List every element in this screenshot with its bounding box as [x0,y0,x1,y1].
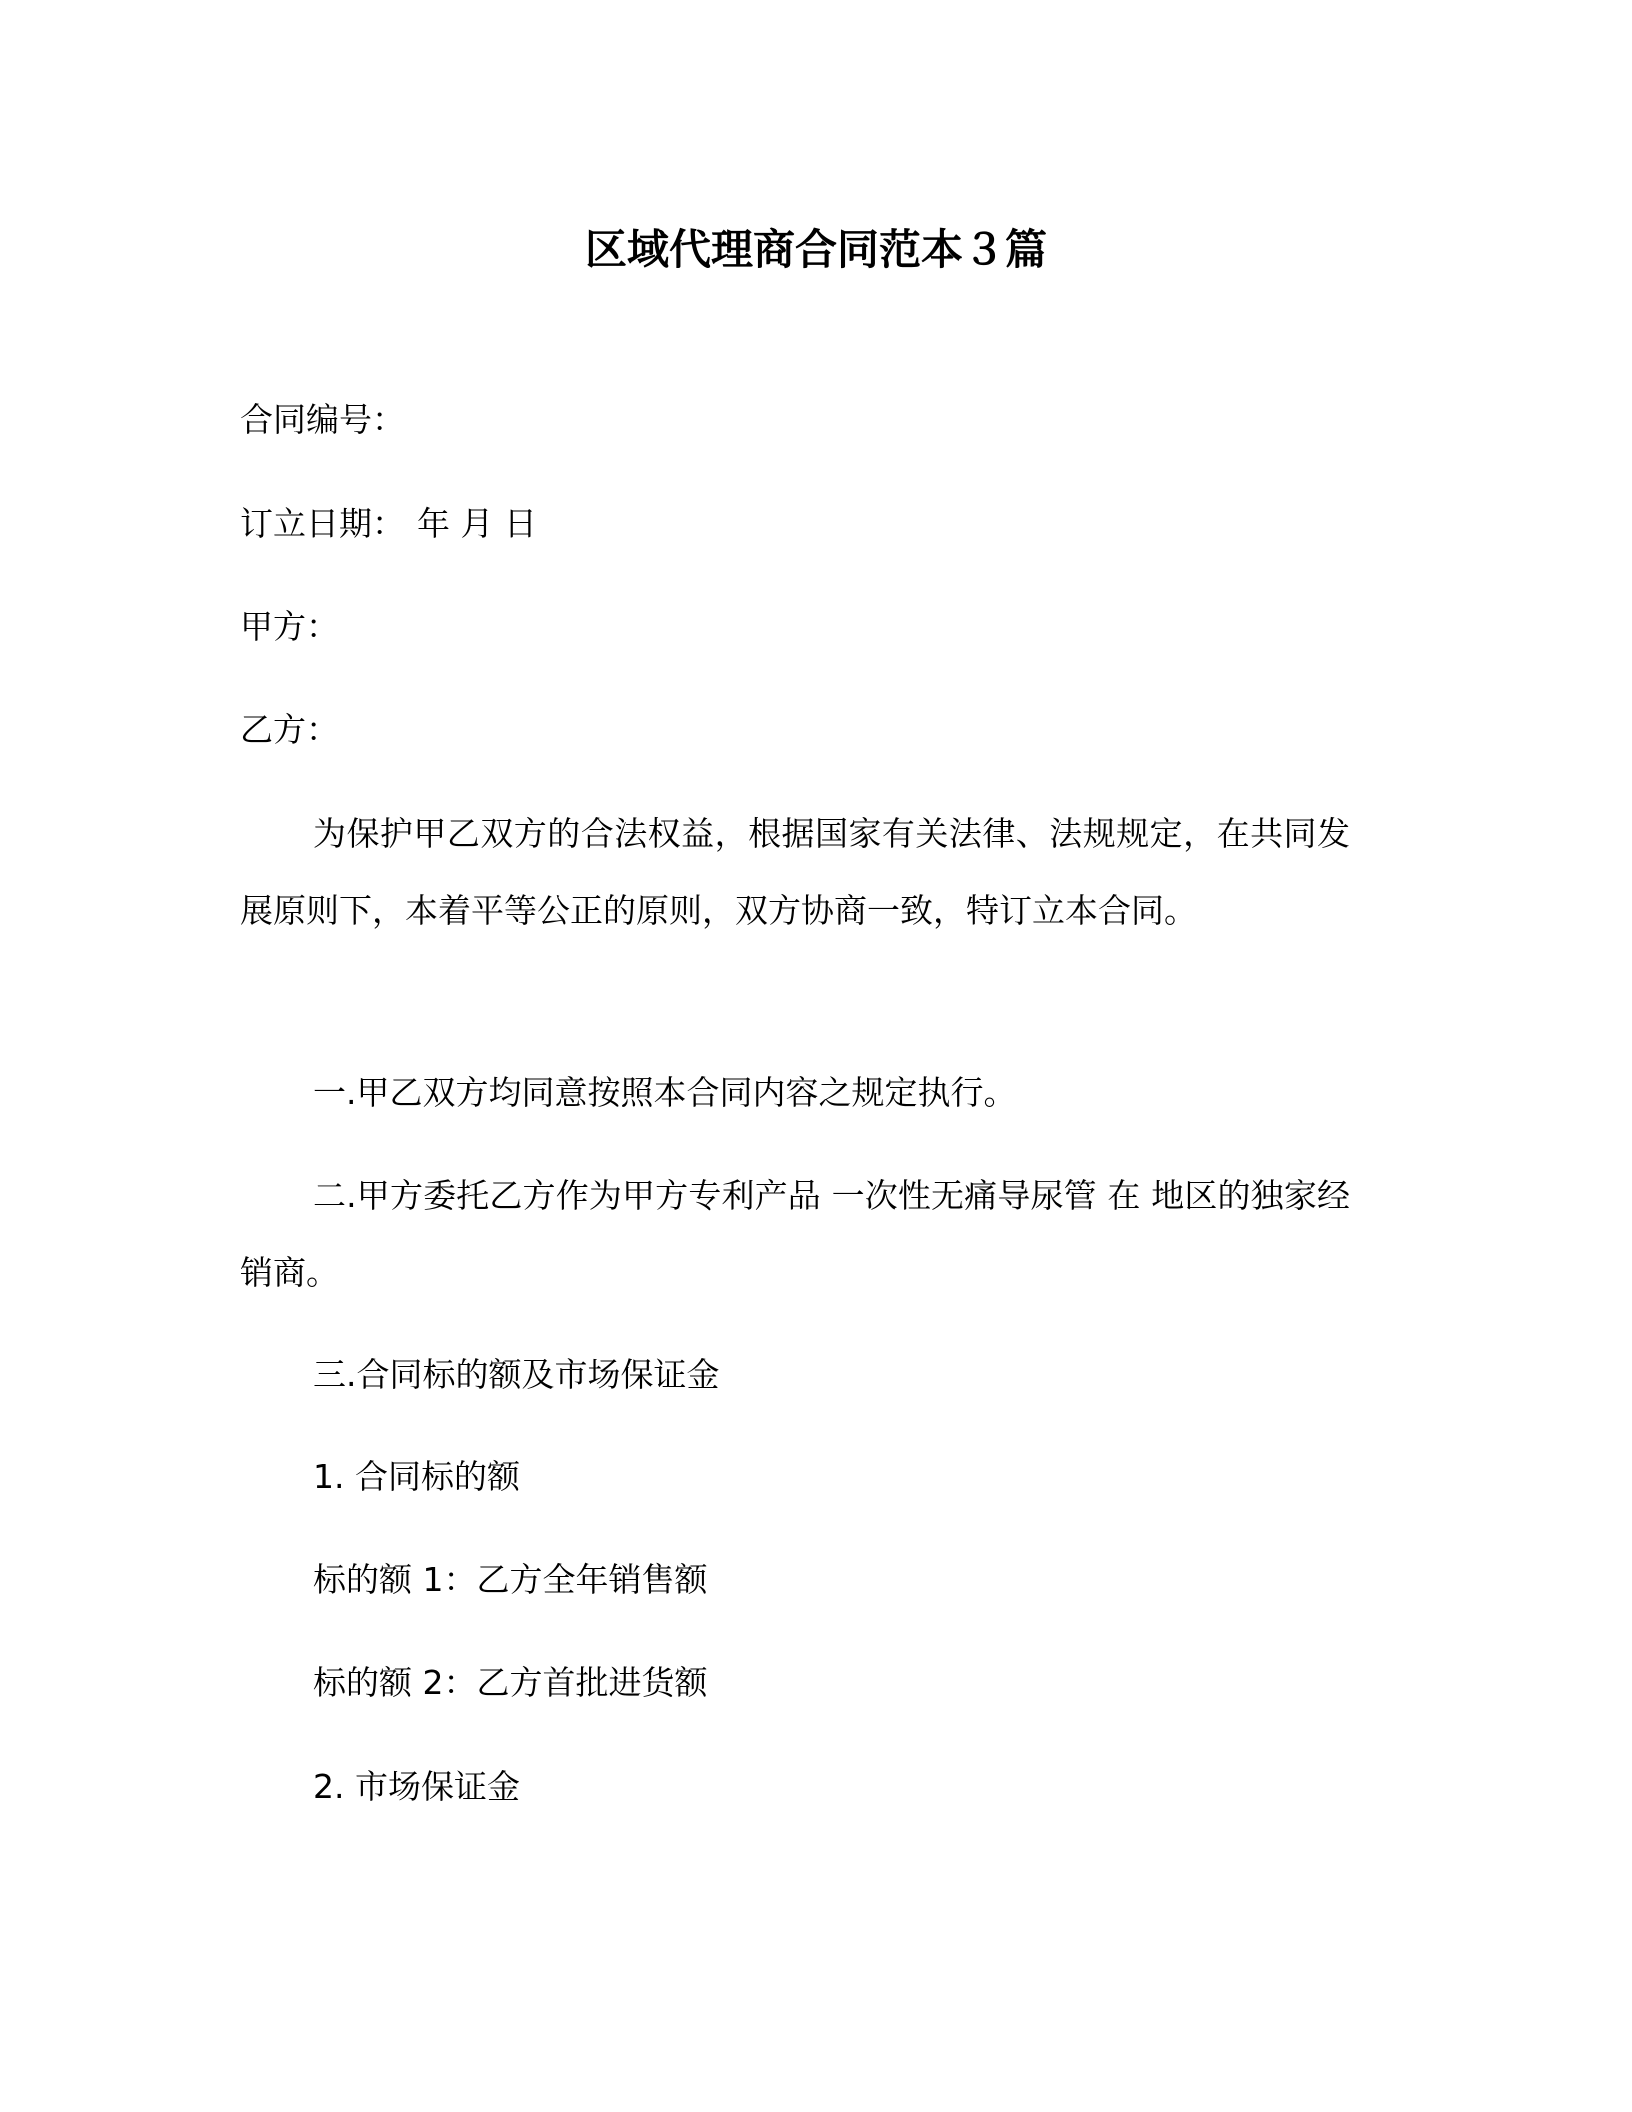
subitem-amount-2: 标的额 2：乙方首批进货额 [313,1661,708,1705]
document-page: 区域代理商合同范本３篇 合同编号： 订立日期：年 月 日 甲方： 乙方： 为保护… [0,0,1632,2112]
clause-2: 二.甲方委托乙方作为甲方专利产品 一次性无痛导尿管 在 地区的独家经销商。 [240,1157,1350,1311]
signing-date-value: 年 月 日 [417,504,537,543]
contract-number-label: 合同编号： [240,400,405,439]
contract-number-field: 合同编号： [240,398,405,442]
party-b-field: 乙方： [240,708,339,752]
subitem-amount-1: 标的额 1：乙方全年销售额 [313,1558,708,1602]
subitem-contract-amount: 1. 合同标的额 [313,1455,520,1499]
clause-1: 一.甲乙双方均同意按照本合同内容之规定执行。 [313,1071,1017,1115]
document-title: 区域代理商合同范本３篇 [0,222,1632,278]
party-b-label: 乙方： [240,710,339,749]
party-a-label: 甲方： [240,607,339,646]
party-a-field: 甲方： [240,605,339,649]
preamble-paragraph: 为保护甲乙双方的合法权益，根据国家有关法律、法规规定，在共同发展原则下，本着平等… [240,795,1350,949]
signing-date-label: 订立日期： [240,504,405,543]
signing-date-field: 订立日期：年 月 日 [240,502,537,546]
subitem-market-deposit: 2. 市场保证金 [313,1765,520,1809]
clause-3-heading: 三.合同标的额及市场保证金 [313,1353,720,1397]
